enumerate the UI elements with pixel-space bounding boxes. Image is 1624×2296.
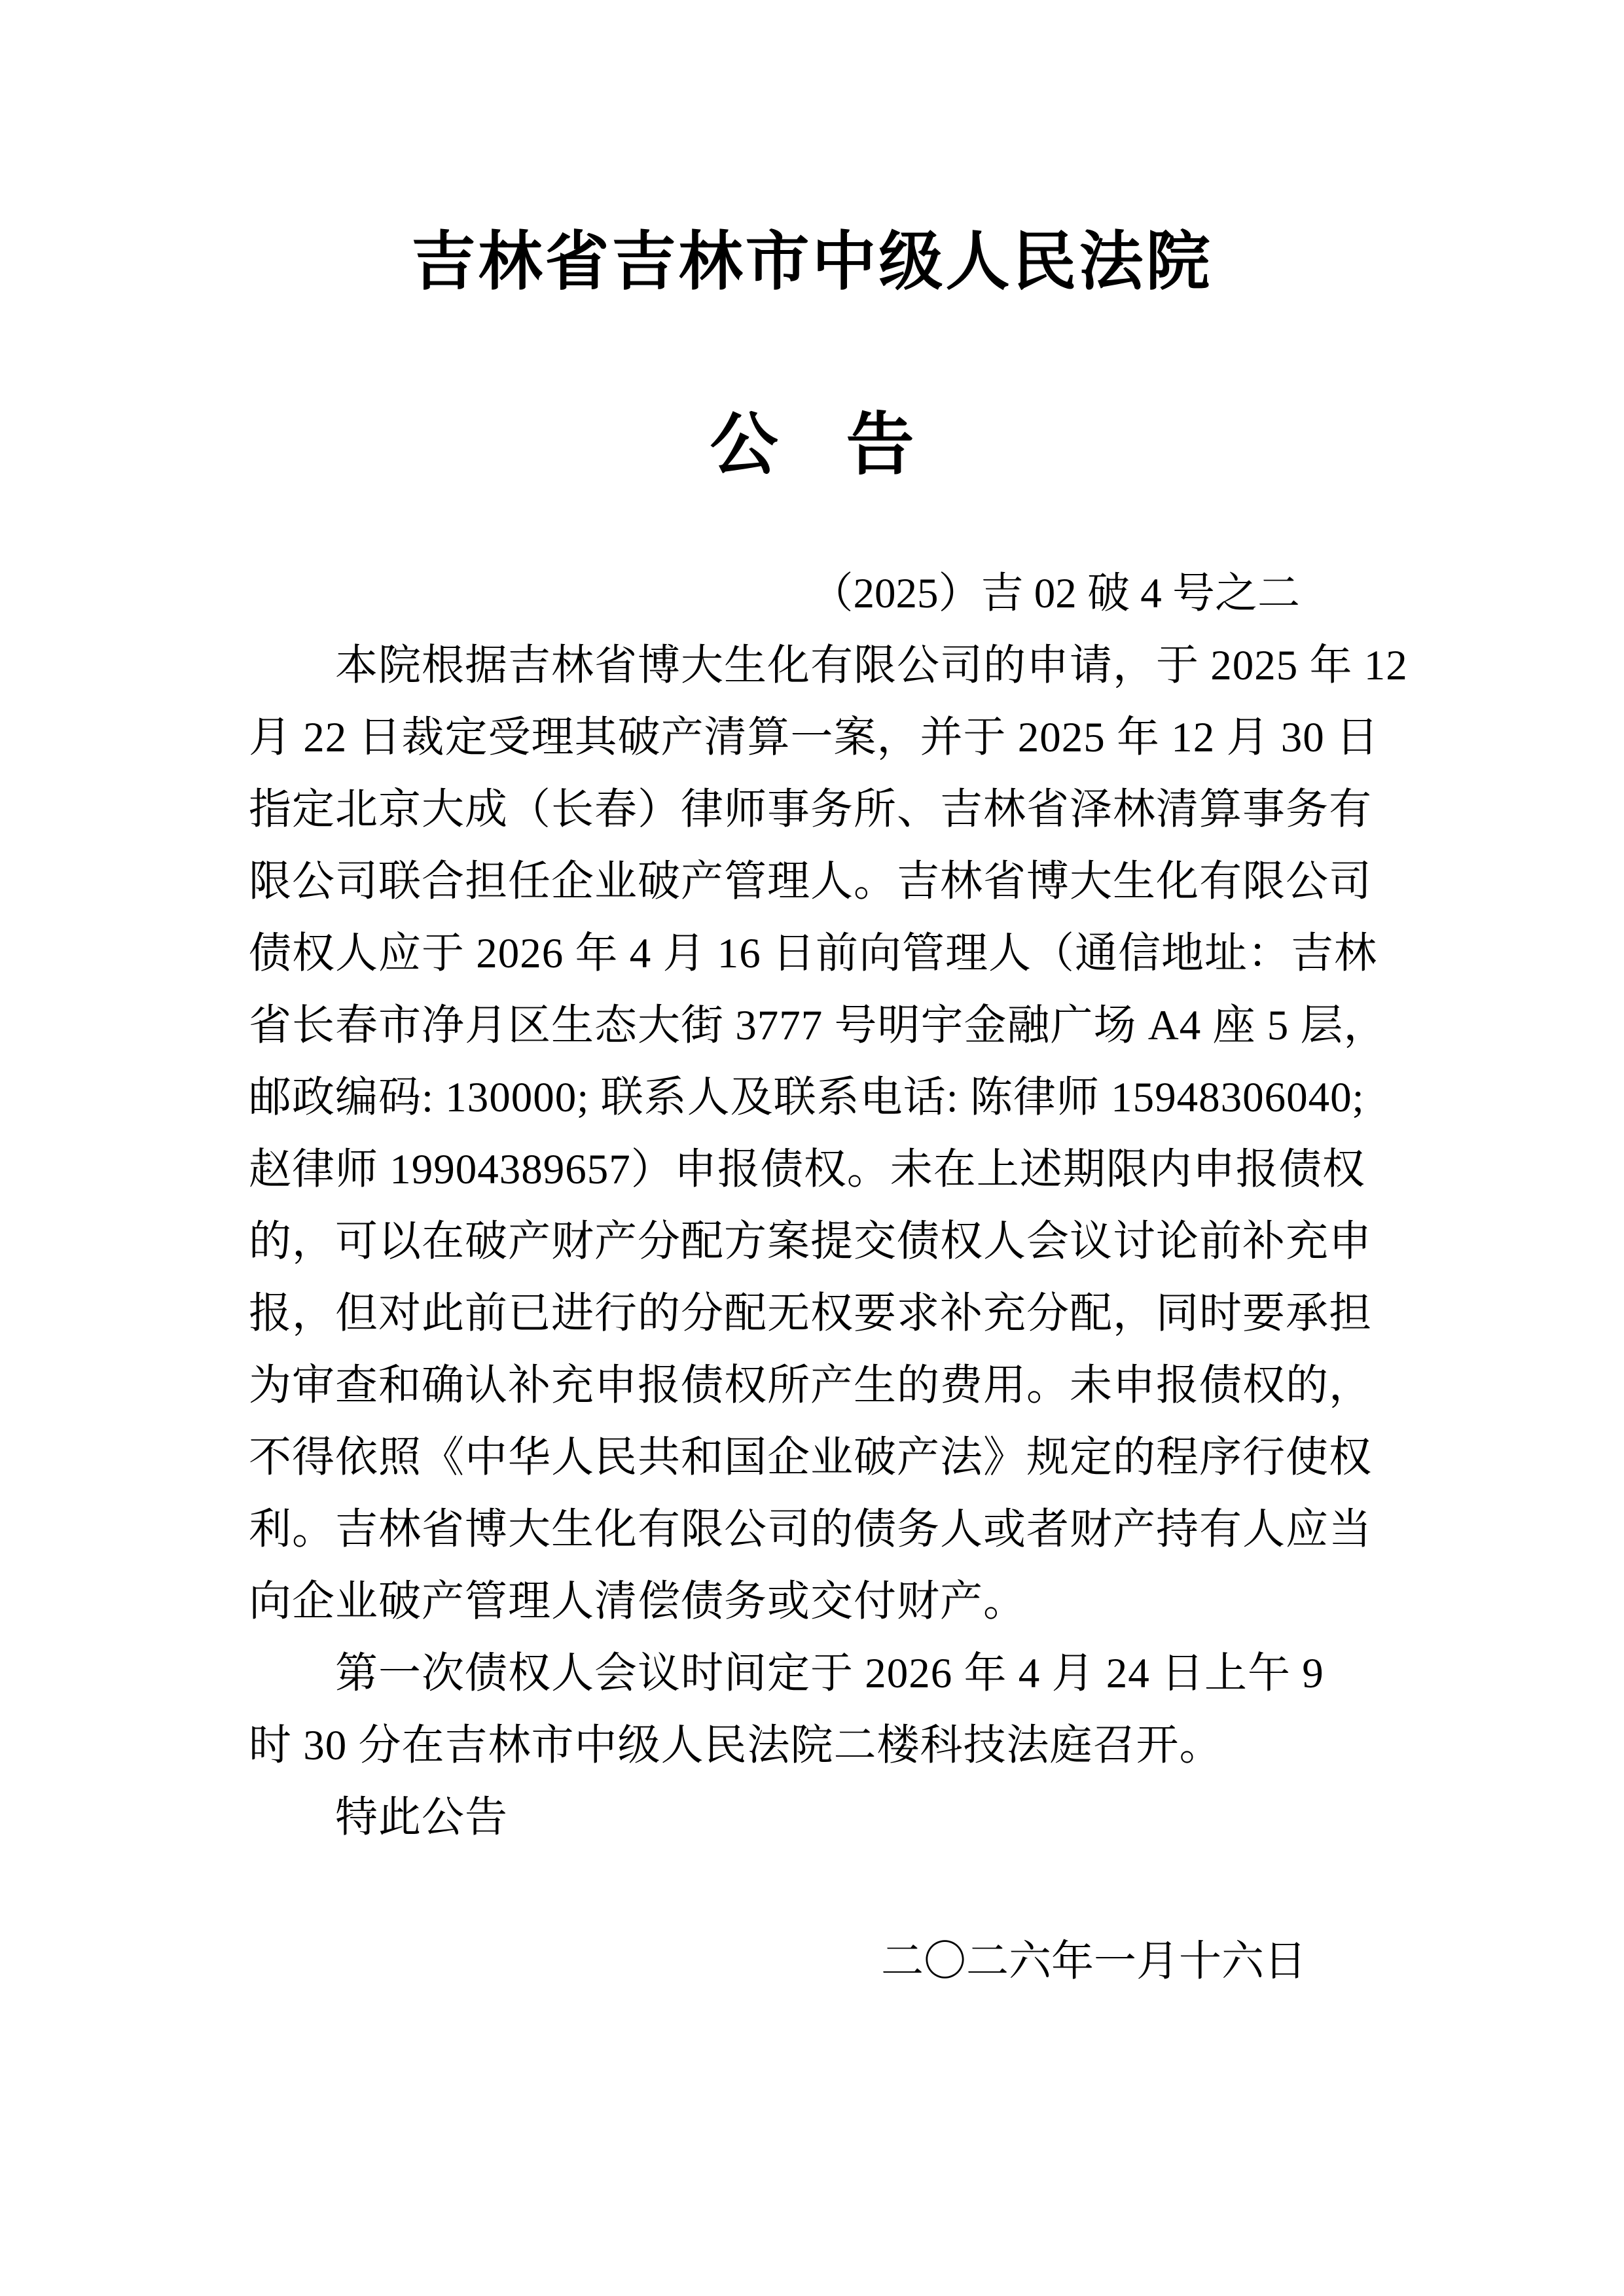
body-line: 时 30 分在吉林市中级人民法院二楼科技法庭召开。 — [249, 1710, 1375, 1782]
body-line: 特此公告 — [249, 1782, 1375, 1854]
announcement-body: 本院根据吉林省博大生化有限公司的申请，于 2025 年 12 月 22 日裁定受… — [249, 630, 1375, 1854]
body-line: 报，但对此前已进行的分配无权要求补充分配，同时要承担 — [249, 1278, 1375, 1350]
body-line: 本院根据吉林省博大生化有限公司的申请，于 2025 年 12 — [249, 630, 1375, 702]
body-line: 邮政编码: 130000; 联系人及联系电话: 陈律师 15948306040; — [249, 1062, 1375, 1134]
body-line: 月 22 日裁定受理其破产清算一案，并于 2025 年 12 月 30 日 — [249, 702, 1375, 774]
body-line: 不得依照《中华人民共和国企业破产法》规定的程序行使权 — [249, 1422, 1375, 1494]
body-line: 第一次债权人会议时间定于 2026 年 4 月 24 日上午 9 — [249, 1638, 1375, 1710]
body-line: 为审查和确认补充申报债权所产生的费用。未申报债权的， — [249, 1350, 1375, 1422]
body-line: 指定北京大成（长春）律师事务所、吉林省泽林清算事务有 — [249, 774, 1375, 846]
announcement-title: 公 告 — [249, 411, 1375, 479]
body-line: 限公司联合担任企业破产管理人。吉林省博大生化有限公司 — [249, 846, 1375, 918]
body-line: 省长春市净月区生态大街 3777 号明宇金融广场 A4 座 5 层， — [249, 990, 1375, 1062]
body-line: 向企业破产管理人清偿债务或交付财产。 — [249, 1566, 1375, 1638]
body-line: 的，可以在破产财产分配方案提交债权人会议讨论前补充申 — [249, 1206, 1375, 1278]
body-line: 利。吉林省博大生化有限公司的债务人或者财产持有人应当 — [249, 1494, 1375, 1566]
body-line: 债权人应于 2026 年 4 月 16 日前向管理人（通信地址：吉林 — [249, 918, 1375, 990]
body-line: 赵律师 19904389657）申报债权。未在上述期限内申报债权 — [249, 1134, 1375, 1206]
issue-date: 二〇二六年一月十六日 — [249, 1926, 1375, 1998]
case-number: （2025）吉 02 破 4 号之二 — [249, 558, 1375, 630]
court-name-heading: 吉林省吉林市中级人民法院 — [249, 229, 1375, 293]
announcement-page: 吉林省吉林市中级人民法院 公 告 （2025）吉 02 破 4 号之二 本院根据… — [0, 0, 1624, 2296]
